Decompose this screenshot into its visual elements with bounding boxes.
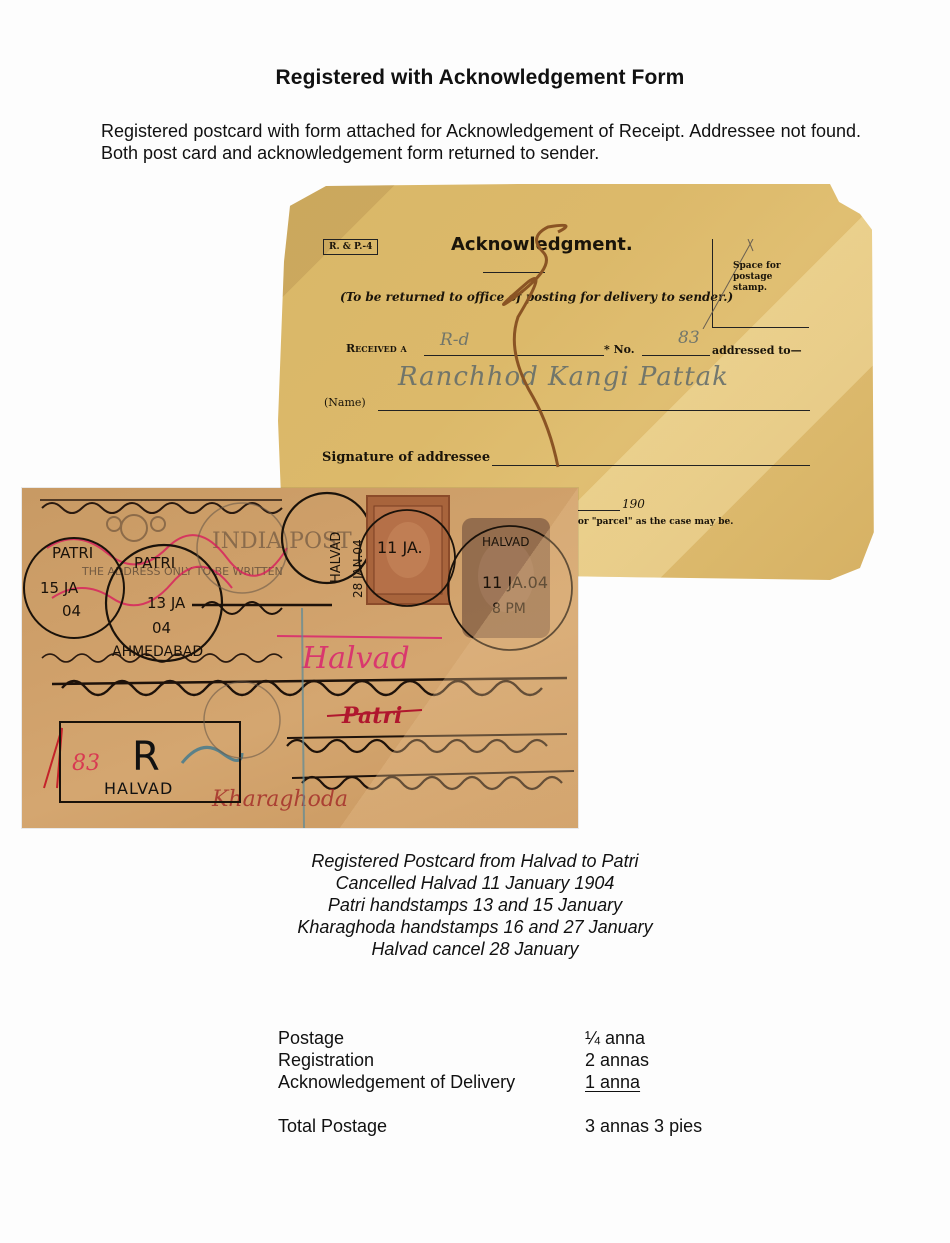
postcard-markings: INDIA POST THE ADDRESS ONLY TO BE WRITTE… bbox=[22, 488, 578, 828]
kharaghoda-postmark bbox=[197, 503, 287, 758]
total-label: Total Postage bbox=[278, 1116, 387, 1137]
rate-label: Postage bbox=[278, 1028, 344, 1049]
rate-value: 2 annas bbox=[585, 1050, 649, 1071]
svg-text:HALVAD: HALVAD bbox=[329, 532, 344, 583]
handwritten-halvad: Halvad bbox=[301, 641, 410, 676]
rate-row-registration: Registration 2 annas bbox=[278, 1050, 778, 1072]
royal-arms-icon bbox=[107, 515, 165, 541]
svg-text:04: 04 bbox=[62, 602, 81, 620]
quarter-anna-indicium: HALVAD 11 JA.04 8 PM bbox=[448, 518, 572, 650]
svg-text:8 PM: 8 PM bbox=[492, 601, 526, 617]
handwritten-kharaghoda: Kharaghoda bbox=[211, 787, 348, 812]
number-line bbox=[642, 355, 710, 356]
svg-text:11 JA.04: 11 JA.04 bbox=[482, 573, 548, 592]
rate-row-total: Total Postage 3 annas 3 pies bbox=[278, 1116, 778, 1138]
received-handwritten: R-d bbox=[440, 330, 469, 350]
svg-text:R: R bbox=[132, 734, 160, 780]
registered-postcard-image: INDIA POST THE ADDRESS ONLY TO BE WRITTE… bbox=[22, 488, 578, 828]
svg-text:28 JAN.04: 28 JAN.04 bbox=[351, 539, 365, 598]
name-line bbox=[378, 410, 810, 411]
signature-label: Signature of addressee bbox=[322, 450, 490, 465]
rate-value: ¼ anna bbox=[585, 1028, 645, 1049]
form-code: R. & P.-4 bbox=[323, 239, 378, 255]
received-label: Received a bbox=[346, 342, 407, 355]
svg-text:AHMEDABAD: AHMEDABAD bbox=[112, 644, 203, 660]
caption-line: Kharaghoda handstamps 16 and 27 January bbox=[0, 916, 950, 938]
svg-text:HALVAD: HALVAD bbox=[104, 779, 173, 798]
patri-postmark-13ja: PATRI 13 JA 04 AHMEDABAD bbox=[106, 545, 222, 661]
handwritten-patri: Patri bbox=[341, 703, 402, 729]
svg-text:PATRI: PATRI bbox=[52, 544, 93, 562]
form-footnote: " or "parcel" as the case may be. bbox=[570, 517, 733, 527]
halvad-postmark-28jan: HALVAD 28 JAN.04 bbox=[282, 493, 372, 598]
number-label: * No. bbox=[604, 343, 635, 356]
card-address-line: THE ADDRESS ONLY TO BE WRITTEN bbox=[81, 565, 283, 578]
number-handwritten: 83 bbox=[678, 328, 700, 348]
patri-postmark-15ja: PATRI 15 JA 04 bbox=[24, 538, 124, 638]
rate-row-postage: Postage ¼ anna bbox=[278, 1028, 778, 1050]
date-label: 190 bbox=[622, 497, 645, 511]
rate-row-acknowledgement: Acknowledgement of Delivery 1 anna bbox=[278, 1072, 778, 1094]
svg-text:83: 83 bbox=[72, 751, 100, 776]
svg-text:11 JA.: 11 JA. bbox=[377, 538, 423, 557]
intro-paragraph: Registered postcard with form attached f… bbox=[101, 120, 861, 164]
total-value: 3 annas 3 pies bbox=[585, 1116, 702, 1137]
svg-text:HALVAD: HALVAD bbox=[482, 535, 530, 549]
caption-line: Patri handstamps 13 and 15 January bbox=[0, 894, 950, 916]
svg-text:15 JA: 15 JA bbox=[40, 579, 79, 597]
caption-line: Halvad cancel 28 January bbox=[0, 938, 950, 960]
svg-text:13 JA: 13 JA bbox=[147, 594, 186, 612]
rate-label: Registration bbox=[278, 1050, 374, 1071]
registration-label: R HALVAD 83 bbox=[60, 722, 240, 802]
svg-text:04: 04 bbox=[152, 619, 171, 637]
caption-line: Registered Postcard from Halvad to Patri bbox=[0, 850, 950, 872]
rate-label: Acknowledgement of Delivery bbox=[278, 1072, 515, 1093]
postage-stamp-space: Space for postage stamp. bbox=[712, 239, 809, 328]
card-imprint: INDIA POST bbox=[212, 529, 352, 554]
caption: Registered Postcard from Halvad to Patri… bbox=[0, 850, 950, 960]
page-title: Registered with Acknowledgement Form bbox=[0, 66, 950, 90]
rate-value: 1 anna bbox=[585, 1072, 640, 1093]
svg-text:PATRI: PATRI bbox=[134, 554, 175, 572]
addressed-to-label: addressed to— bbox=[712, 344, 802, 357]
name-label: (Name) bbox=[324, 396, 366, 409]
caption-line: Cancelled Halvad 11 January 1904 bbox=[0, 872, 950, 894]
adhesive-stamp: 11 JA. bbox=[359, 496, 455, 606]
stamp-space-label: Space for postage stamp. bbox=[733, 261, 809, 294]
attachment-string bbox=[488, 222, 578, 472]
